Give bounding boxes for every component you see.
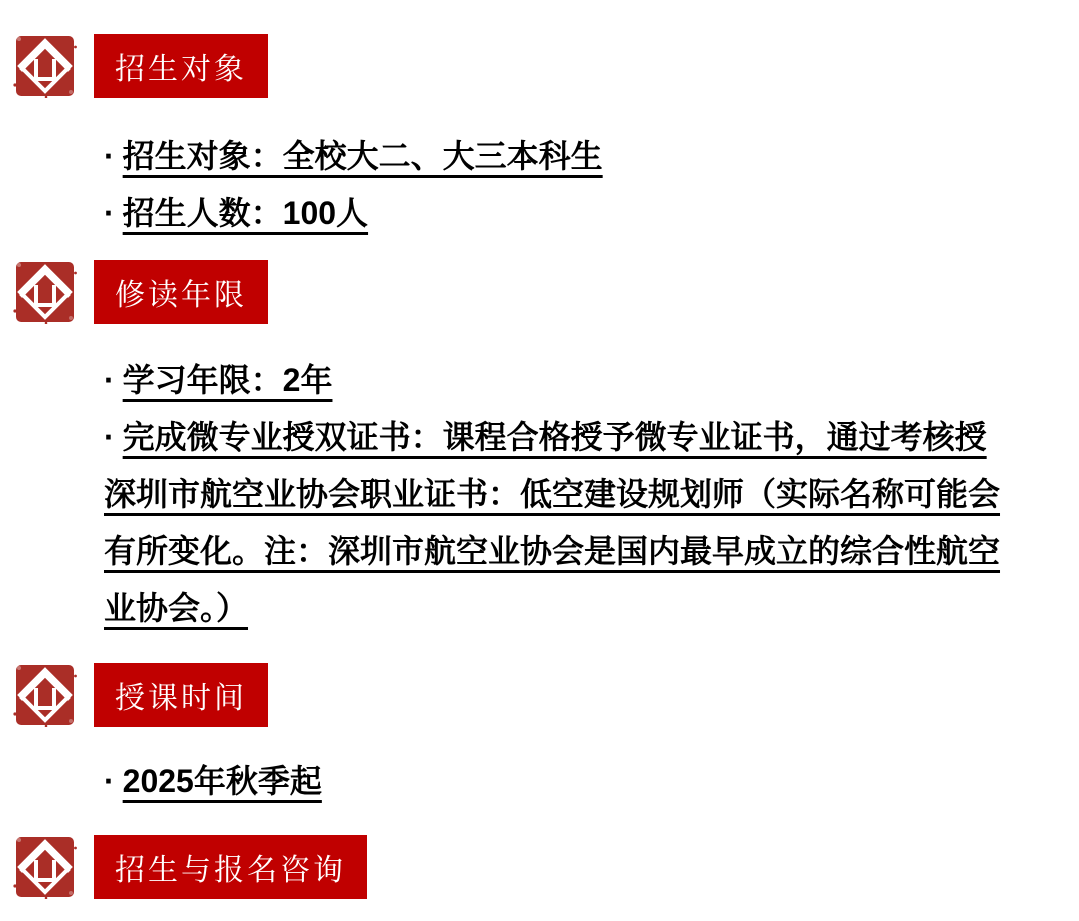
bullet-dot: · <box>104 763 115 799</box>
bullet-list: ·招生对象：全校大二、大三本科生 ·招生人数：100人 <box>104 128 1004 242</box>
item-text: 学习年限：2年 <box>123 362 333 398</box>
item-text: 2025年秋季起 <box>123 763 322 799</box>
item-text: 招生对象：全校大二、大三本科生 <box>123 138 603 174</box>
section-badge: 修读年限 <box>94 260 268 324</box>
section-badge: 招生对象 <box>94 34 268 98</box>
list-item: ·2025年秋季起 <box>104 753 1004 810</box>
bullet-dot: · <box>104 195 115 231</box>
bullet-dot: · <box>104 419 115 455</box>
seal-stamp-icon <box>13 34 77 98</box>
section-header-class-time: 授课时间 <box>13 663 1079 727</box>
bullet-dot: · <box>104 138 115 174</box>
item-text: 招生人数：100人 <box>123 195 368 231</box>
section-badge: 招生与报名咨询 <box>94 835 367 899</box>
section-badge: 授课时间 <box>94 663 268 727</box>
bullet-list: ·学习年限：2年 ·完成微专业授双证书：课程合格授予微专业证书，通过考核授深圳市… <box>104 352 1004 637</box>
section-header-study-duration: 修读年限 <box>13 260 1079 324</box>
list-item: ·招生对象：全校大二、大三本科生 <box>104 128 1004 185</box>
article-page: 招生对象 ·招生对象：全校大二、大三本科生 ·招生人数：100人 修读年限 ·学… <box>0 0 1079 921</box>
bullet-dot: · <box>104 362 115 398</box>
seal-stamp-icon <box>13 835 77 899</box>
seal-stamp-icon <box>13 260 77 324</box>
list-item: ·学习年限：2年 <box>104 352 1004 409</box>
item-text: 完成微专业授双证书：课程合格授予微专业证书，通过考核授深圳市航空业协会职业证书：… <box>104 419 1000 626</box>
list-item: ·完成微专业授双证书：课程合格授予微专业证书，通过考核授深圳市航空业协会职业证书… <box>104 409 1004 637</box>
list-item: ·招生人数：100人 <box>104 185 1004 242</box>
section-header-enrollment-consulting: 招生与报名咨询 <box>13 835 1079 899</box>
bullet-list: ·2025年秋季起 <box>104 753 1004 810</box>
seal-stamp-icon <box>13 663 77 727</box>
section-header-enrollment-target: 招生对象 <box>13 34 1079 98</box>
